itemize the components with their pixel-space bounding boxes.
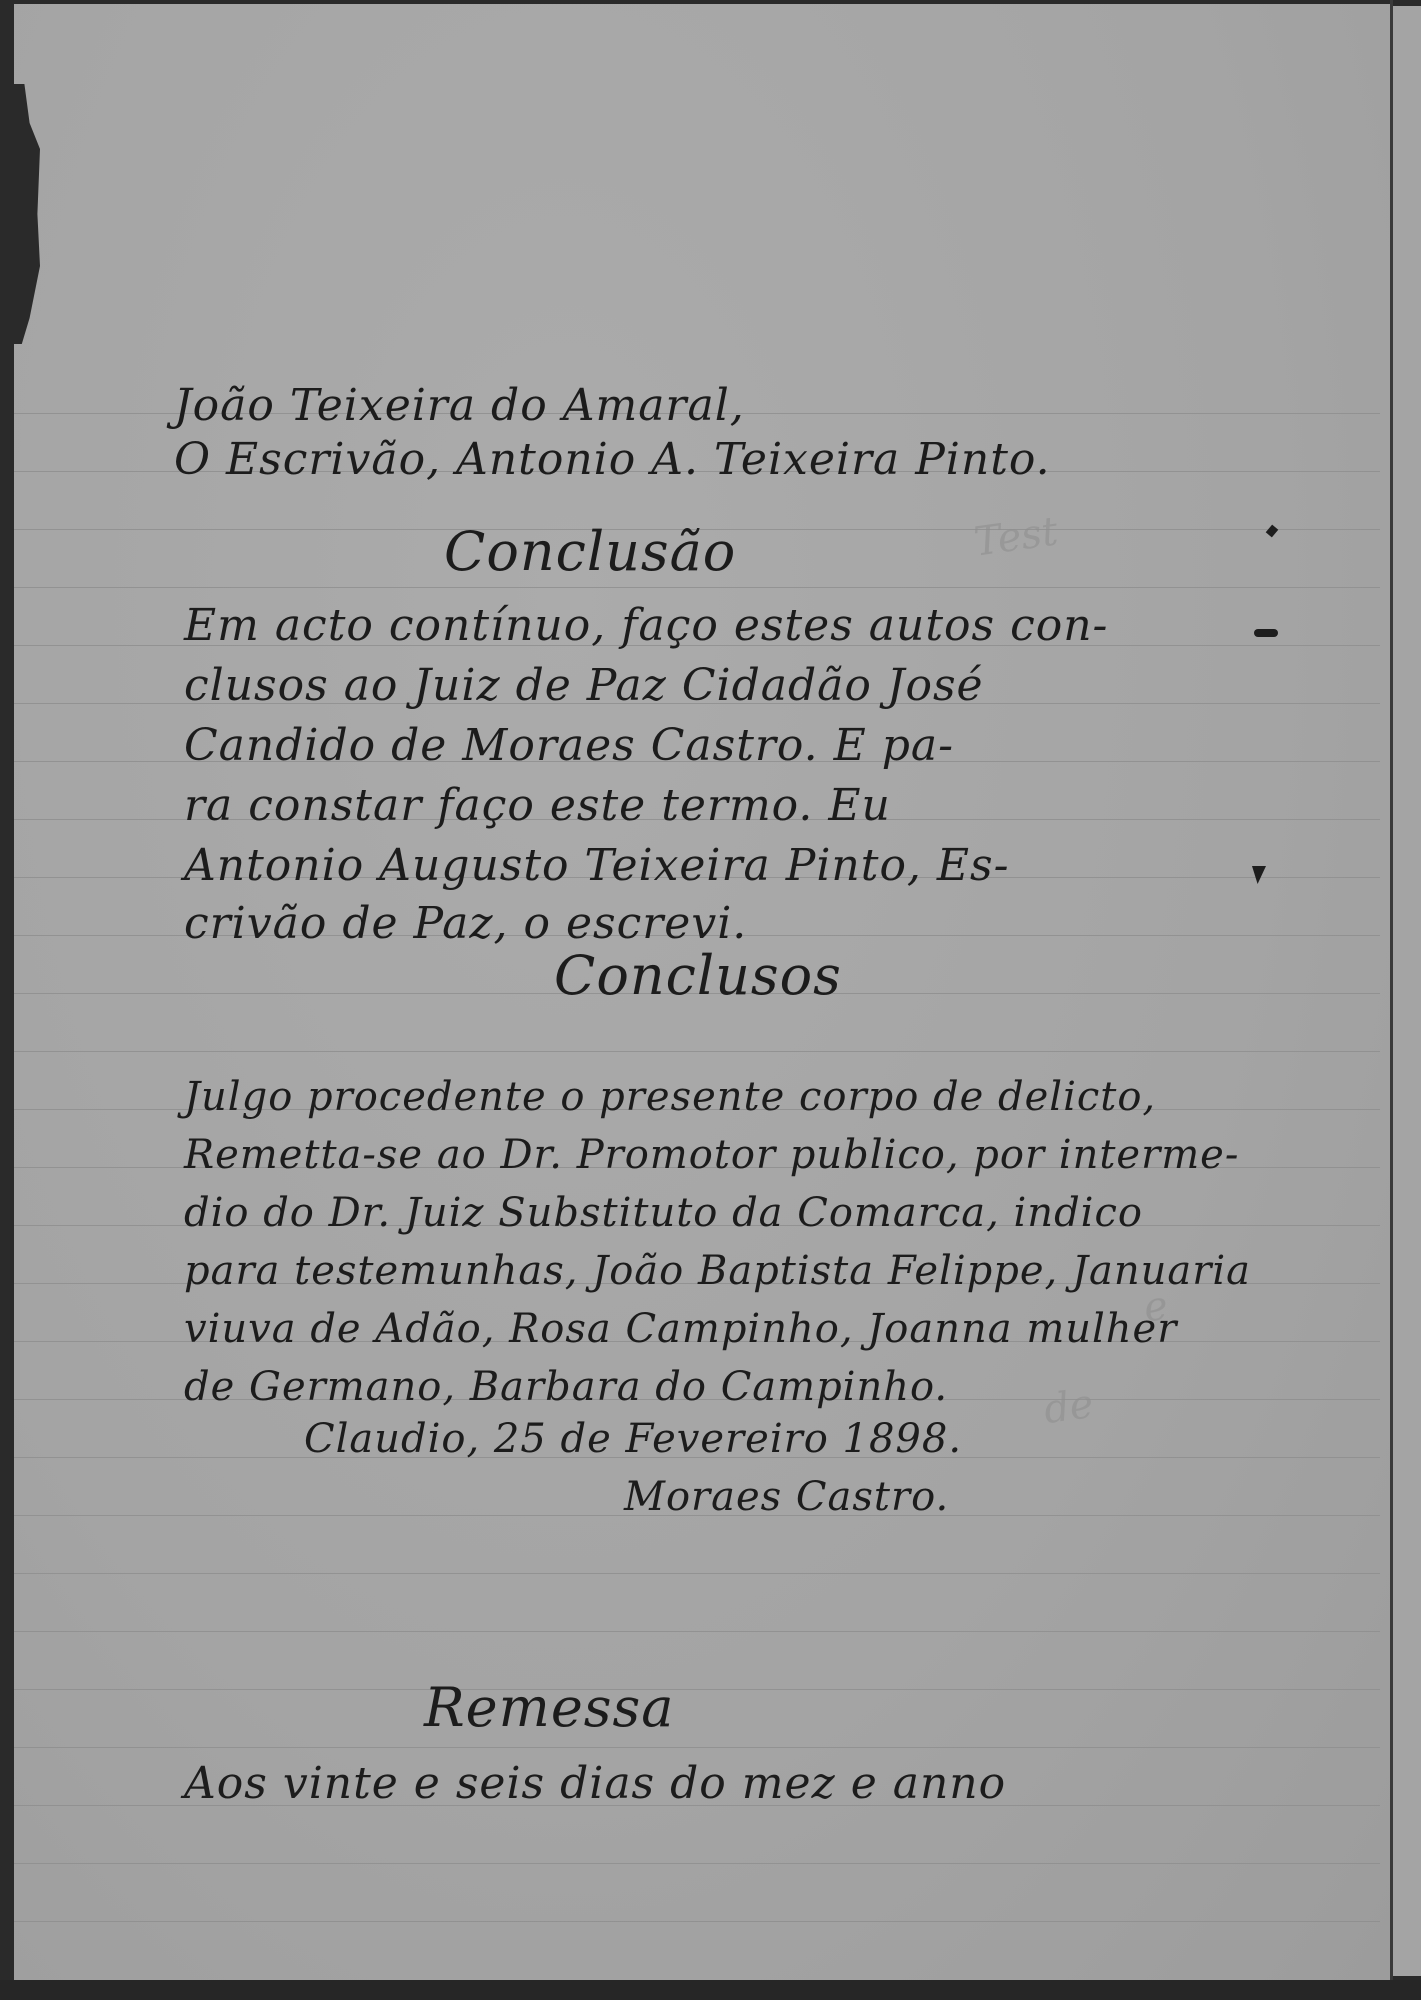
closing-line: O Escrivão, Antonio A. Teixeira Pinto. [174,434,1051,485]
ruled-line [14,1689,1380,1690]
body-line: Antonio Augusto Teixeira Pinto, Es- [184,840,1009,891]
judgment-line: de Germano, Barbara do Campinho. [184,1364,948,1410]
ruled-line [14,1573,1380,1574]
body-line: crivão de Paz, o escrevi. [184,898,747,949]
body-line: Em acto contínuo, faço estes autos con- [184,600,1108,651]
closing-line: João Teixeira do Amaral, [174,380,745,431]
torn-edge [14,84,40,344]
scan-border [0,1980,1421,2000]
bleed-through-text: de [1041,1381,1096,1433]
judgment-line: Remetta-se ao Dr. Promotor publico, por … [184,1132,1239,1178]
section-heading: Conclusão [444,520,736,583]
bleed-through-text: Test [971,508,1060,565]
ruled-line [14,1631,1380,1632]
ruled-line [14,1051,1380,1052]
section-heading: Remessa [424,1676,674,1739]
punch-mark [1252,866,1266,884]
judgment-line: Julgo procedente o presente corpo de del… [184,1074,1156,1120]
ruled-line [14,1863,1380,1864]
remessa-line: Aos vinte e seis dias do mez e anno [184,1758,1006,1809]
body-line: Candido de Moraes Castro. E pa- [184,720,954,771]
body-line: clusos ao Juiz de Paz Cidadão José [184,660,984,711]
judgment-line: viuva de Adão, Rosa Campinho, Joanna mul… [184,1306,1177,1352]
body-line: ra constar faço este termo. Eu [184,780,891,831]
punch-mark [1254,629,1278,637]
ruled-line [14,587,1380,588]
ruled-line [14,1921,1380,1922]
judge-signature: Moraes Castro. [624,1474,949,1520]
judgment-date: Claudio, 25 de Fevereiro 1898. [304,1416,962,1462]
adjacent-page-edge [1393,6,1421,1976]
section-heading: Conclusos [554,944,842,1007]
document-page: Test e de João Teixeira do Amaral, O Esc… [14,4,1392,1980]
judgment-line: dio do Dr. Juiz Substituto da Comarca, i… [184,1190,1143,1236]
punch-mark [1266,525,1279,538]
judgment-line: para testemunhas, João Baptista Felippe,… [184,1248,1251,1294]
ruled-line [14,1747,1380,1748]
